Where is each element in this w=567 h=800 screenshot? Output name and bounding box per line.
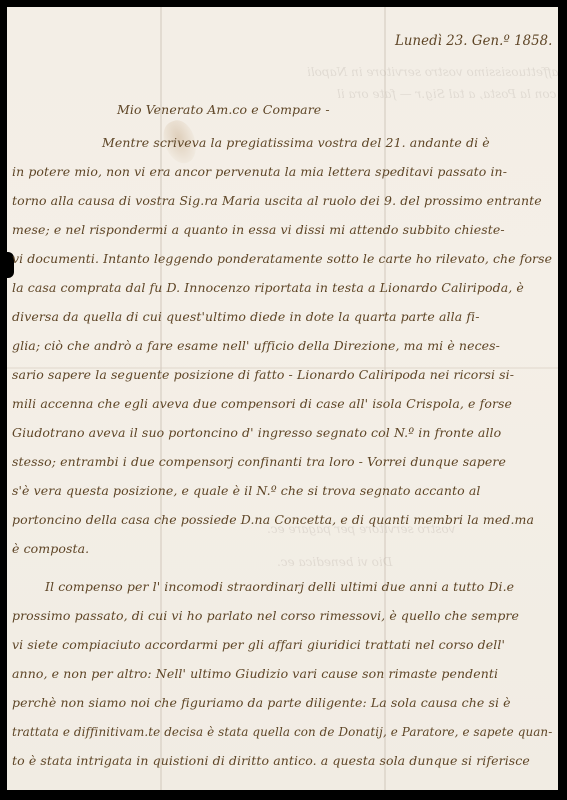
letter-line: Giudotrano aveva il suo portoncino d' in… — [12, 425, 501, 440]
letter-line: glia; ciò che andrò a fare esame nell' u… — [12, 338, 500, 353]
letter-line: trattata e diffinitivam.te decisa è stat… — [12, 724, 552, 739]
letter-line: diversa da quella di cui quest'ultimo di… — [12, 309, 480, 324]
letter-line: in potere mio, non vi era ancor pervenut… — [12, 164, 507, 179]
letter-line: prossimo passato, di cui vi ho parlato n… — [12, 608, 519, 623]
letter-date: Lunedì 23. Gen.º 1858. — [395, 33, 552, 49]
letter-line: è composta. — [12, 541, 89, 556]
letter-line: vi documenti. Intanto leggendo ponderata… — [12, 251, 552, 266]
letter-line: Mentre scriveva la pregiatissima vostra … — [102, 135, 490, 150]
letter-salutation: Mio Venerato Am.co e Compare - — [117, 102, 330, 117]
letter-line: to è stata intrigata in quistioni di dir… — [12, 753, 530, 768]
letter-line: anno, e non per altro: Nell' ultimo Giud… — [12, 666, 498, 681]
letter-line: vi siete compiaciuto accordarmi per gli … — [12, 637, 505, 652]
letter-page: Alcamo, 3 affettuosissimo vostro servito… — [7, 7, 558, 790]
letter-line: perchè non siamo noi che figuriamo da pa… — [12, 695, 511, 710]
bleed-through-text: Alcamo, 3 affettuosissimo vostro servito… — [307, 65, 558, 79]
letter-line: torno alla causa di vostra Sig.ra Maria … — [12, 193, 542, 208]
letter-line: mese; e nel rispondermi a quanto in essa… — [12, 222, 505, 237]
letter-line: Il compenso per l' incomodi straordinarj… — [45, 579, 514, 594]
letter-line: sario sapere la seguente posizione di fa… — [12, 367, 514, 382]
bleed-through-text: Dio vi benedica ec. — [277, 555, 392, 569]
letter-line: la casa comprata dal fu D. Innocenzo rip… — [12, 280, 524, 295]
bleed-through-text: Lunedì con la Posta, a tal Sig.r — fate … — [337, 87, 558, 101]
letter-line: s'è vera questa posizione, e quale è il … — [12, 483, 480, 498]
letter-line: stesso; entrambi i due compensorj confin… — [12, 454, 506, 469]
letter-line: portoncino della casa che possiede D.na … — [12, 512, 534, 527]
letter-line: mili accenna che egli aveva due compenso… — [12, 396, 512, 411]
